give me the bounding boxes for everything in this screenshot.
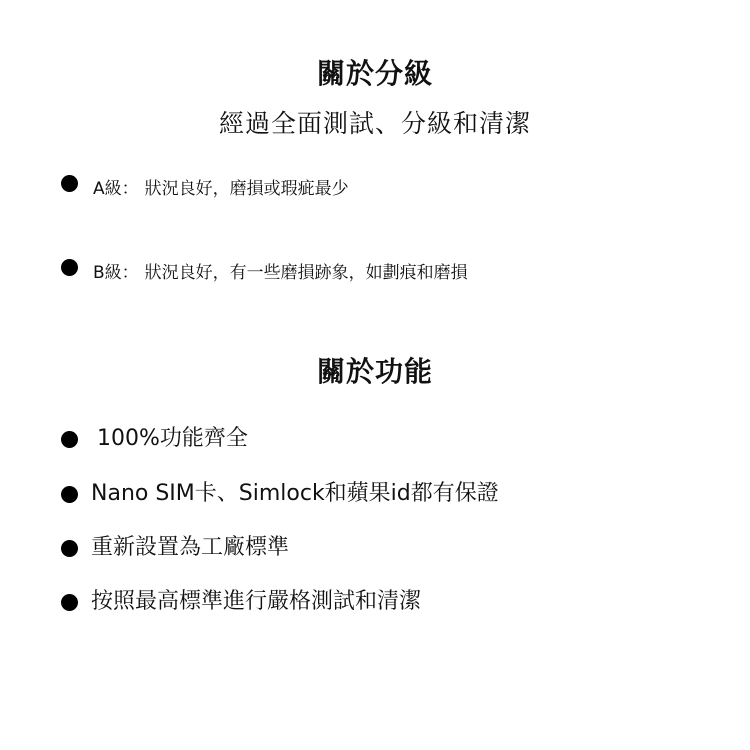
- grade-label: A級：: [93, 179, 139, 199]
- function-item-text: Nano SIM卡、Simlock和蘋果id都有保證: [91, 480, 499, 508]
- function-item-text: 按照最高標準進行嚴格測試和清潔: [91, 588, 421, 616]
- bullet-icon: [61, 594, 78, 611]
- bullet-icon: [61, 431, 78, 448]
- function-title: 關於功能: [0, 355, 750, 389]
- grade-description: 狀況良好，磨損或瑕疵最少: [145, 179, 349, 199]
- function-item-text: 重新設置為工廠標準: [91, 534, 289, 562]
- grade-label: B級：: [93, 263, 139, 283]
- bullet-icon: [61, 175, 78, 192]
- grading-subtitle: 經過全面測試、分級和清潔: [0, 108, 750, 140]
- function-item-text: 100%功能齊全: [97, 425, 248, 453]
- grading-title: 關於分級: [0, 57, 750, 91]
- bullet-icon: [61, 486, 78, 503]
- grade-description: 狀況良好，有一些磨損跡象，如劃痕和磨損: [145, 263, 468, 283]
- bullet-icon: [61, 259, 78, 276]
- bullet-icon: [61, 540, 78, 557]
